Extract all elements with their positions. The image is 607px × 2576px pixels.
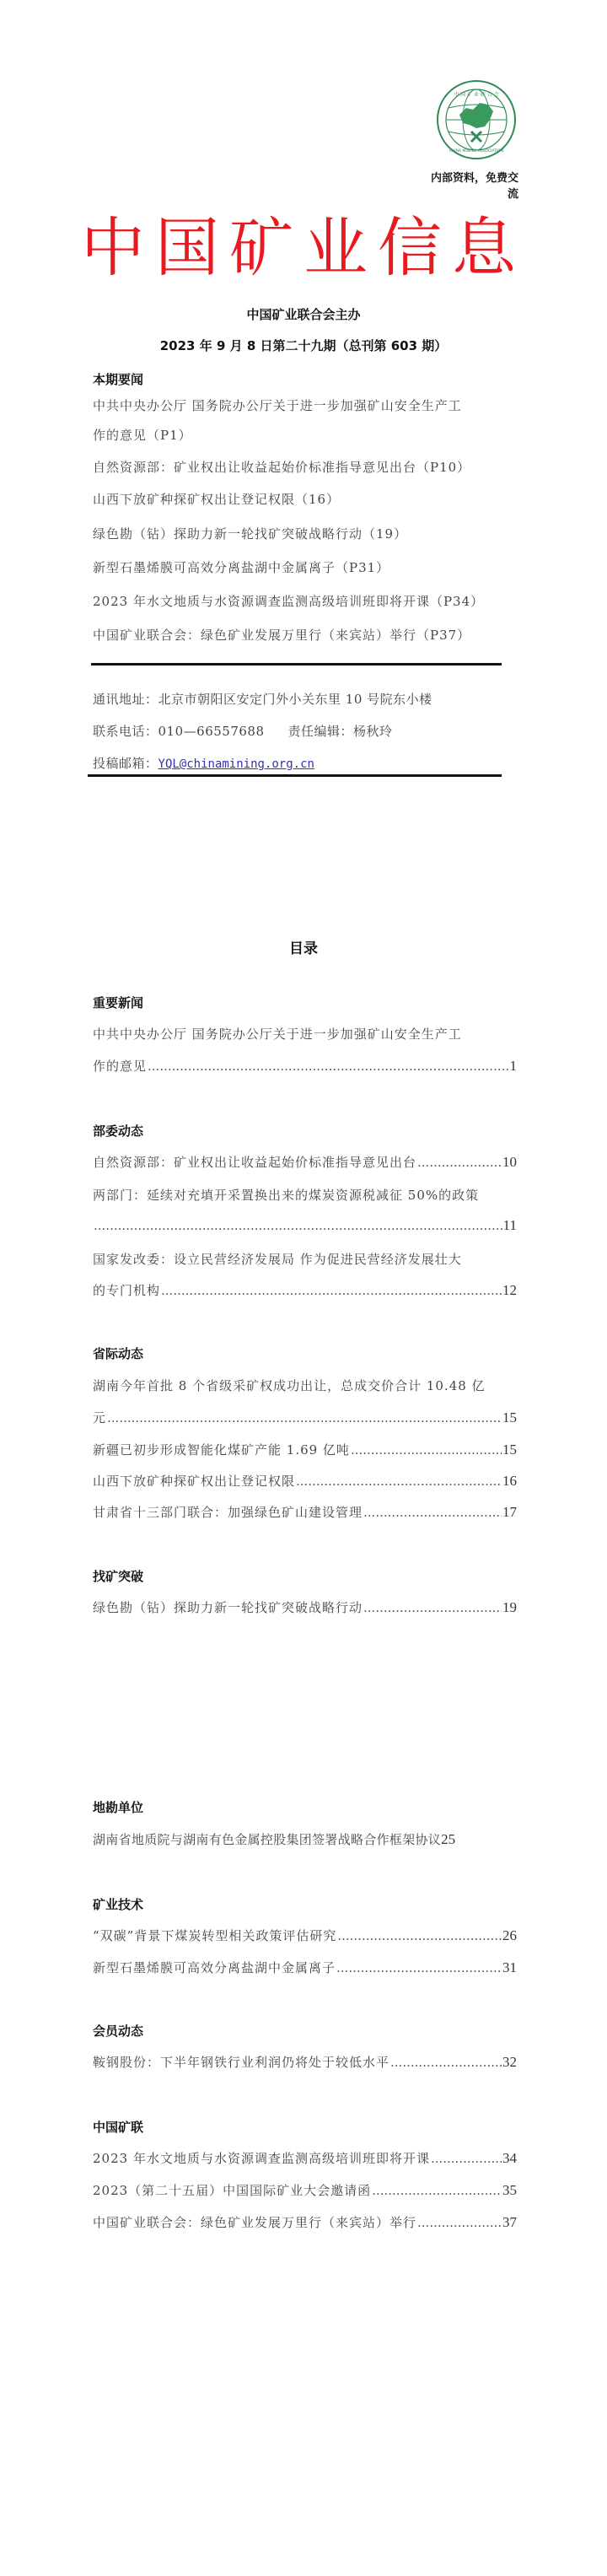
toc-entry-text: “双碳”背景下煤炭转型相关政策评估研究 — [93, 1927, 336, 1944]
highlight-item: 绿色勘（钻）探助力新一轮找矿突破战略行动（19） — [93, 525, 531, 542]
toc-section-heading: 矿业技术 — [93, 1895, 143, 1913]
toc-title: 目录 — [0, 936, 607, 957]
toc-entry-text: 作的意见 — [93, 1057, 147, 1075]
toc-entry-text[interactable]: 中共中央办公厅 国务院办公厅关于进一步加强矿山安全生产工 — [93, 1025, 531, 1043]
toc-leader-dots — [390, 2055, 502, 2070]
toc-entry-text[interactable]: 国家发改委：设立民营经济发展局 作为促进民营经济发展壮大 — [93, 1250, 531, 1268]
toc-section-heading: 重要新闻 — [93, 994, 143, 1011]
toc-leader-dots — [351, 1442, 502, 1458]
toc-section-heading: 会员动态 — [93, 2022, 143, 2040]
toc-entry-text: 2023 年水文地质与水资源调查监测高级培训班即将开课 — [93, 2149, 430, 2167]
masthead-title: 中国矿业信息 — [0, 213, 607, 283]
toc-entry-text: 自然资源部：矿业权出让收益起始价标准指导意见出台 — [93, 1153, 416, 1171]
toc-entry[interactable]: 作的意见1 — [93, 1057, 517, 1075]
toc-entry[interactable]: 11 — [93, 1217, 517, 1234]
sponsor-line: 中国矿业联合会主办 — [0, 305, 607, 323]
toc-leader-dots — [417, 2215, 502, 2230]
highlight-item: 山西下放矿种探矿权出让登记权限（16） — [93, 490, 531, 508]
highlight-item: 作的意见（P1） — [93, 426, 531, 444]
phone-editor-line: 联系电话：010—66557688责任编辑：杨秋玲 — [93, 722, 393, 740]
toc-entry[interactable]: 湖南省地质院与湖南有色金属控股集团签署战略合作框架协议25 — [93, 1830, 517, 1848]
toc-entry[interactable]: 山西下放矿种探矿权出让登记权限16 — [93, 1472, 517, 1490]
email-link[interactable]: YQL@chinamining.org.cn — [158, 757, 314, 771]
toc-leader-dots — [431, 2151, 502, 2166]
toc-entry[interactable]: 自然资源部：矿业权出让收益起始价标准指导意见出台10 — [93, 1153, 517, 1171]
toc-entry[interactable]: 2023（第二十五届）中国国际矿业大会邀请函35 — [93, 2181, 517, 2199]
toc-leader-dots — [296, 1474, 502, 1489]
toc-entry[interactable]: 鞍钢股份：下半年钢铁行业利润仍将处于较低水平32 — [93, 2053, 517, 2071]
toc-page-number: 15 — [502, 1409, 517, 1426]
toc-section-heading: 省际动态 — [93, 1345, 143, 1362]
toc-entry-text: 新疆已初步形成智能化煤矿产能 1.69 亿吨 — [93, 1441, 350, 1458]
toc-page-number: 17 — [502, 1504, 517, 1521]
toc-entry[interactable]: 元15 — [93, 1409, 517, 1426]
highlight-item: 2023 年水文地质与水资源调查监测高级培训班即将开课（P34） — [93, 592, 531, 610]
toc-section-heading: 地勘单位 — [93, 1798, 143, 1816]
toc-page-number: 12 — [502, 1282, 517, 1299]
editor-label: 责任编辑： — [288, 724, 354, 739]
highlight-item: 中共中央办公厅 国务院办公厅关于进一步加强矿山安全生产工 — [93, 396, 531, 414]
toc-page-number: 19 — [502, 1599, 517, 1616]
highlight-item: 自然资源部：矿业权出让收益起始价标准指导意见出台（P10） — [93, 458, 531, 476]
toc-entry-text: 新型石墨烯膜可高效分离盐湖中金属离子 — [93, 1959, 336, 1976]
toc-section-heading: 部委动态 — [93, 1122, 143, 1140]
toc-entry-text: 鞍钢股份：下半年钢铁行业利润仍将处于较低水平 — [93, 2053, 389, 2071]
toc-page-number: 31 — [502, 1959, 517, 1976]
internal-material-notice: 内部资料，免费交流 — [422, 169, 518, 201]
issue-date-line: 2023 年 9 月 8 日第二十九期（总刊第 603 期） — [0, 337, 607, 354]
toc-entry[interactable]: 新疆已初步形成智能化煤矿产能 1.69 亿吨15 — [93, 1441, 517, 1458]
toc-entry-text: 元 — [93, 1409, 106, 1426]
toc-leader-dots — [336, 1960, 502, 1975]
svg-text:CHINA MINING ASSOCIATION: CHINA MINING ASSOCIATION — [449, 148, 503, 154]
toc-section-heading: 找矿突破 — [93, 1567, 143, 1585]
toc-entry-text: 湖南省地质院与湖南有色金属控股集团签署战略合作框架协议 — [93, 1830, 441, 1848]
toc-page-number: 37 — [502, 2214, 517, 2231]
highlight-item: 中国矿业联合会：绿色矿业发展万里行（来宾站）举行（P37） — [93, 626, 531, 644]
toc-page-number: 15 — [502, 1442, 517, 1458]
divider — [88, 774, 502, 777]
highlights-heading: 本期要闻 — [93, 370, 143, 388]
toc-entry-text[interactable]: 湖南今年首批 8 个省级采矿权成功出让，总成交价合计 10.48 亿 — [93, 1377, 531, 1394]
toc-page-number: 32 — [502, 2054, 517, 2071]
toc-leader-dots — [107, 1410, 502, 1425]
toc-page-number: 16 — [502, 1473, 517, 1490]
divider — [91, 663, 502, 666]
toc-page-number: 10 — [502, 1154, 517, 1171]
toc-entry[interactable]: 中国矿业联合会：绿色矿业发展万里行（来宾站）举行37 — [93, 2213, 517, 2231]
toc-section-heading: 中国矿联 — [93, 2118, 143, 2136]
toc-entry-text: 绿色勘（钻）探助力新一轮找矿突破战略行动 — [93, 1598, 363, 1616]
email-label: 投稿邮箱： — [93, 756, 158, 771]
email-line: 投稿邮箱：YQL@chinamining.org.cn — [93, 754, 314, 772]
china-mining-association-logo-icon: 中 国 矿 业 联 合 会 CHINA MINING ASSOCIATION — [434, 78, 518, 165]
editor-value: 杨秋玲 — [353, 724, 393, 739]
toc-leader-dots — [363, 1600, 502, 1615]
toc-leader-dots — [363, 1505, 502, 1520]
toc-page-number: 11 — [503, 1217, 517, 1234]
toc-page-number: 34 — [502, 2150, 517, 2167]
toc-page-number: 26 — [502, 1927, 517, 1944]
toc-leader-dots — [148, 1059, 508, 1074]
phone-value: 010—66557688 — [158, 724, 265, 739]
toc-leader-dots — [94, 1218, 502, 1233]
toc-leader-dots — [161, 1283, 502, 1298]
toc-page-number: 25 — [441, 1831, 455, 1848]
address-value: 北京市朝阳区安定门外小关东里 10 号院东小楼 — [158, 692, 432, 707]
toc-entry[interactable]: 绿色勘（钻）探助力新一轮找矿突破战略行动19 — [93, 1598, 517, 1616]
address-line: 通讯地址：北京市朝阳区安定门外小关东里 10 号院东小楼 — [93, 690, 432, 708]
toc-entry[interactable]: 甘肃省十三部门联合：加强绿色矿山建设管理17 — [93, 1503, 517, 1521]
toc-entry[interactable]: “双碳”背景下煤炭转型相关政策评估研究26 — [93, 1927, 517, 1944]
toc-entry-text: 的专门机构 — [93, 1281, 160, 1299]
toc-entry[interactable]: 的专门机构12 — [93, 1281, 517, 1299]
toc-entry[interactable]: 新型石墨烯膜可高效分离盐湖中金属离子31 — [93, 1959, 517, 1976]
toc-entry[interactable]: 2023 年水文地质与水资源调查监测高级培训班即将开课34 — [93, 2149, 517, 2167]
address-label: 通讯地址： — [93, 692, 158, 707]
toc-entry-text[interactable]: 两部门：延续对充填开采置换出来的煤炭资源税减征 50%的政策 — [93, 1186, 531, 1204]
phone-label: 联系电话： — [93, 724, 158, 739]
toc-page-number: 35 — [502, 2182, 517, 2199]
toc-page-number: 1 — [510, 1058, 518, 1075]
toc-entry-text: 山西下放矿种探矿权出让登记权限 — [93, 1472, 295, 1490]
toc-leader-dots — [337, 1928, 502, 1943]
toc-entry-text: 2023（第二十五届）中国国际矿业大会邀请函 — [93, 2181, 371, 2199]
svg-text:中 国 矿 业 联 合 会: 中 国 矿 业 联 合 会 — [454, 91, 498, 98]
toc-entry-text: 中国矿业联合会：绿色矿业发展万里行（来宾站）举行 — [93, 2213, 416, 2231]
toc-leader-dots — [372, 2183, 502, 2198]
highlight-item: 新型石墨烯膜可高效分离盐湖中金属离子（P31） — [93, 558, 531, 576]
toc-entry-text: 甘肃省十三部门联合：加强绿色矿山建设管理 — [93, 1503, 363, 1521]
toc-leader-dots — [417, 1155, 502, 1170]
